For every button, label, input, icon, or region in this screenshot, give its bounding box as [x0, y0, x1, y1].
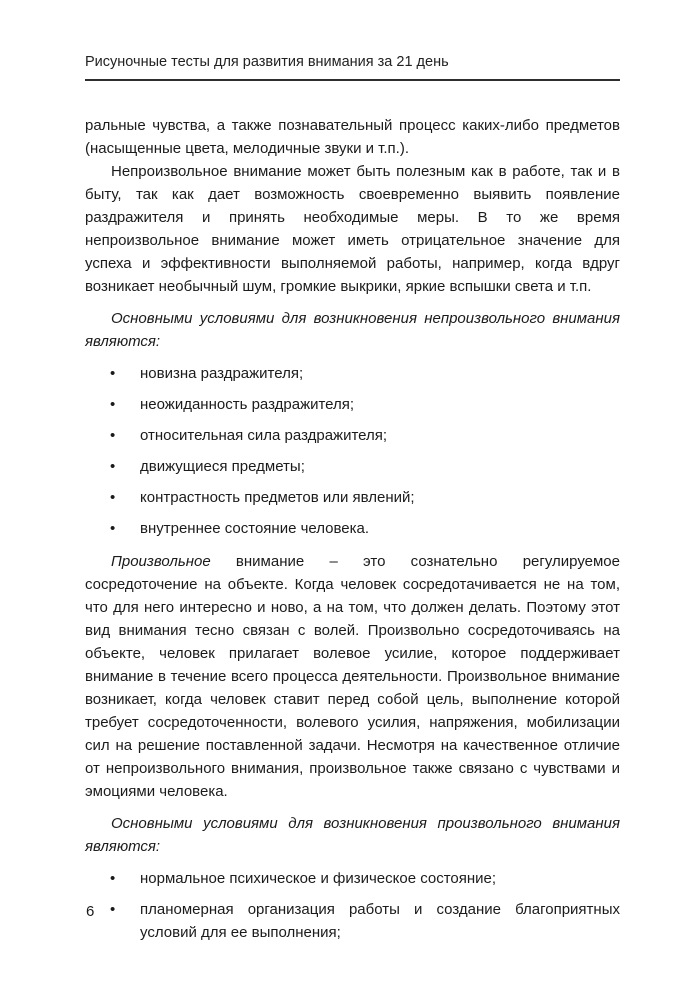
list-item: • новизна раздражителя;	[85, 362, 620, 385]
list-item-text: нормальное психическое и физическое сост…	[140, 870, 496, 887]
bullet-icon: •	[110, 362, 115, 385]
list-item-text: внутреннее состояние человека.	[140, 520, 369, 537]
list-item: • движущиеся предметы;	[85, 455, 620, 478]
list-item-text: контрастность предметов или явлений;	[140, 489, 415, 506]
book-page: Рисуночные тесты для развития внимания з…	[0, 0, 681, 1000]
list-item: • планомерная организация работы и созда…	[85, 898, 620, 944]
bullet-icon: •	[110, 867, 115, 890]
voluntary-conditions-list: • нормальное психическое и физическое со…	[85, 867, 620, 944]
bullet-icon: •	[110, 898, 115, 921]
bullet-icon: •	[110, 424, 115, 447]
page-body: ральные чувства, а также познавательный …	[85, 114, 620, 954]
list-item: • внутреннее состояние человека.	[85, 517, 620, 540]
paragraph-voluntary-attention: Произвольное внимание – это сознательно …	[85, 550, 620, 803]
voluntary-term-italic: Произвольное	[111, 553, 211, 570]
list-item: • нормальное психическое и физическое со…	[85, 867, 620, 890]
list-item: • контрастность предметов или явлений;	[85, 486, 620, 509]
paragraph-involuntary-conditions-lead: Основными условиями для возникновения не…	[85, 307, 620, 353]
list-item-text: новизна раздражителя;	[140, 365, 303, 382]
list-item-text: планомерная организация работы и создани…	[140, 901, 620, 941]
voluntary-paragraph-text: внимание – это сознательно регулируемое …	[85, 553, 620, 800]
list-item-text: движущиеся предметы;	[140, 458, 305, 475]
bullet-icon: •	[110, 455, 115, 478]
list-item: • неожиданность раздражителя;	[85, 393, 620, 416]
list-item: • относительная сила раздражителя;	[85, 424, 620, 447]
bullet-icon: •	[110, 517, 115, 540]
running-head-title: Рисуночные тесты для развития внимания з…	[85, 54, 449, 70]
paragraph-continuation: ральные чувства, а также познавательный …	[85, 114, 620, 160]
running-head: Рисуночные тесты для развития внимания з…	[85, 53, 620, 81]
paragraph-voluntary-conditions-lead: Основными условиями для возникновения пр…	[85, 812, 620, 858]
bullet-icon: •	[110, 486, 115, 509]
list-item-text: неожиданность раздражителя;	[140, 396, 354, 413]
list-item-text: относительная сила раздражителя;	[140, 427, 387, 444]
page-number: 6	[86, 903, 94, 920]
involuntary-conditions-list: • новизна раздражителя; • неожиданность …	[85, 362, 620, 540]
paragraph-involuntary-attention: Непроизвольное внимание может быть полез…	[85, 160, 620, 298]
bullet-icon: •	[110, 393, 115, 416]
